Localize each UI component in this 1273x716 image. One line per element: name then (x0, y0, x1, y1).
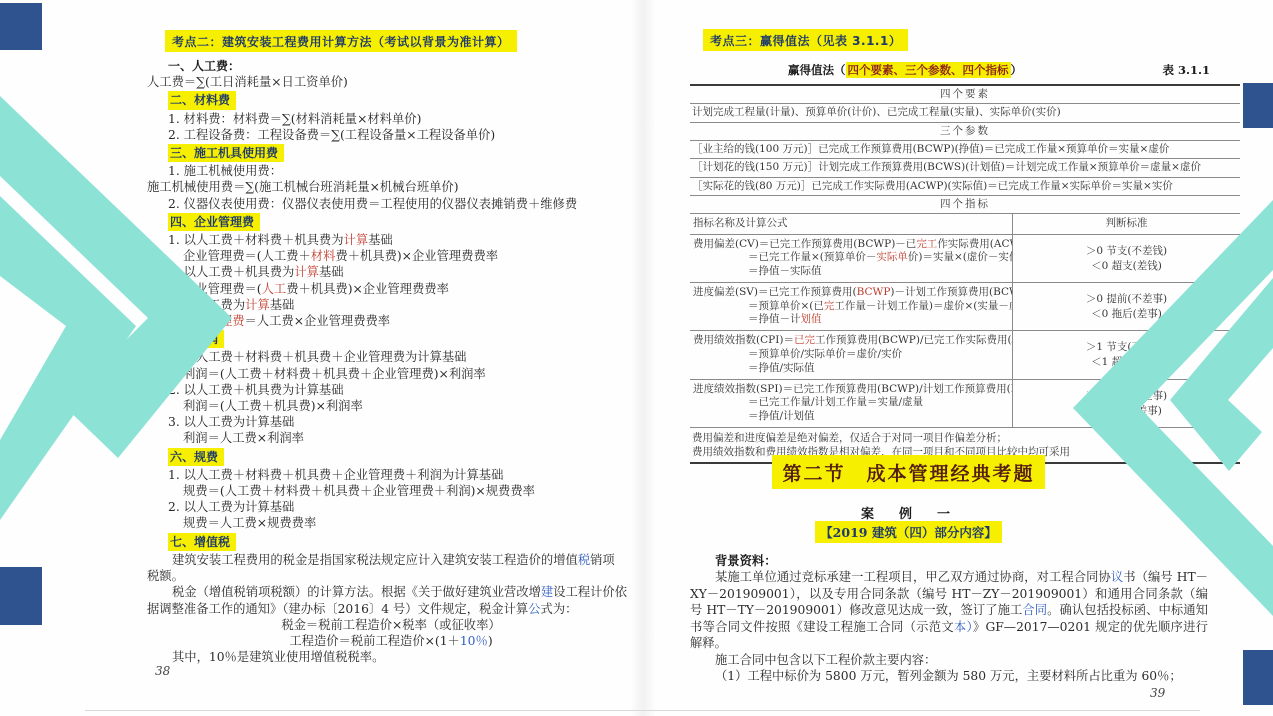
text-line: 税额。 (147, 568, 635, 584)
table-title-highlight: 四个要素、三个参数、四个指标 (846, 62, 1011, 78)
left-page-body: 一、人工费：人工费＝∑(工日消耗量×日工资单价)二、材料费1. 材料费：材料费＝… (147, 58, 635, 665)
text-run: ＝人工费×企业管理费费率 (245, 314, 391, 328)
section-heading-highlight: 二、材料费 (168, 91, 236, 109)
text-run: ＝预算单价/实际单价＝虚价/实价 (748, 348, 902, 360)
formula-line: ＝已完工作量/计划工作量＝实量/虚量 (693, 396, 1012, 410)
text-run: 计算 (294, 265, 319, 279)
indicator-formula-cell: 费用绩效指数(CPI)＝已完工作预算费用(BCWP)/已完工作实际费用(ACWP… (690, 331, 1013, 378)
case-paragraph: 某施工单位通过竞标承建一工程项目，甲乙双方通过协商，对工程合同协议书（编号 HT… (690, 569, 1208, 652)
table-section-header: 四个要素 (690, 86, 1240, 103)
text-line: 1. 施工机械使用费： (168, 163, 635, 179)
text-line: 3. 以人工费为计算基础 (168, 414, 635, 430)
text-run: 企业管理费＝(人工费＋ (183, 249, 311, 263)
text-run: 施工合同中包含以下工程价款主要内容： (715, 653, 936, 667)
text-line: 施工机械使用费＝∑(施工机械台班消耗量×机械台班单价) (147, 179, 635, 195)
text-run: 七、增值税 (170, 535, 230, 549)
text-run: 某施工单位通过竞标承建一工程项目，甲乙双方通过协商，对工程合同协 (715, 570, 1111, 584)
text-line: 规费＝人工费×规费费率 (183, 515, 635, 531)
text-run: 1. 施工机械使用费： (168, 164, 282, 178)
text-line: 规费＝(人工费＋材料费＋机具费＋企业管理费＋利润)×规费费率 (183, 483, 635, 499)
section-heading-highlight: 四、企业管理费 (168, 213, 260, 231)
text-run: 基础 (270, 298, 295, 312)
text-line: 3. 以人工费为计算基础 (168, 297, 635, 313)
text-run: （1）工程中标价为 5800 万元，暂列金额为 580 万元，主要材料所占比重为… (715, 669, 1182, 683)
formula-line: 进度绩效指数(SPI)＝已完工作预算费用(BCWP)/计划工作预算费用(BCWS… (693, 383, 1012, 397)
text-run: 施工机械使用费＝∑(施工机械台班消耗量×机械台班单价) (147, 180, 459, 194)
text-run: 利润＝(人工费＋机具费)×利润率 (183, 399, 363, 413)
table-row: ［业主给的钱(100 万元)］已完成工作预算费用(BCWP)(挣值)＝已完成工作… (690, 140, 1240, 159)
indicator-formula-cell: 进度绩效指数(SPI)＝已完工作预算费用(BCWP)/计划工作预算费用(BCWS… (690, 380, 1013, 427)
text-run: 人工费＝∑(工日消耗量×日工资单价) (147, 75, 348, 89)
indicator-row: 费用偏差(CV)＝已完工作预算费用(BCWP)－已完工作实际费用(ACWP)＝已… (690, 234, 1240, 282)
section-heading-highlight: 六、规费 (168, 448, 224, 466)
text-line: 其中，10％是建筑业使用增值税税率。 (147, 649, 635, 665)
section-heading-line: 五、利润 (168, 330, 635, 348)
formula-line: ＝挣值/实际值 (693, 362, 1012, 376)
section-heading-highlight: 七、增值税 (168, 533, 236, 551)
text-run: BCWP (857, 286, 891, 298)
topic-heading-left: 考点二：建筑安装工程费用计算方法（考试以背景为准计算） (165, 30, 517, 52)
text-run: 利润＝(人工费＋材料费＋机具费＋企业管理费)×利润率 (183, 367, 486, 381)
judge-line: ＜1 拖后(差事) (1091, 404, 1162, 418)
indicator-judge-cell: ＞0 节支(不差钱)＜0 超支(差钱) (1013, 235, 1240, 282)
text-line: 1. 以人工费＋材料费＋机具费为计算基础 (168, 232, 635, 248)
indicator-row: 进度偏差(SV)＝已完工作预算费用(BCWP)－计划工作预算费用(BCWS)＝预… (690, 282, 1240, 330)
text-run: 2. 以人工费为计算基础 (168, 500, 294, 514)
corner-square-left-bottom (0, 567, 42, 625)
case-paragraphs: 某施工单位通过竞标承建一工程项目，甲乙双方通过协商，对工程合同协议书（编号 HT… (690, 569, 1208, 685)
text-line: 2. 工程设备费：工程设备费＝∑(工程设备量×工程设备单价) (168, 127, 635, 143)
table-row: ［计划花的钱(150 万元)］计划完成工作预算费用(BCWS)(计划值)＝计划完… (690, 158, 1240, 177)
text-run: 工作预算费用(BCWP)/已完工作实际费用(ACWP) (815, 334, 1013, 346)
chevron-left-inner (0, 196, 136, 520)
formula-line: ＝已完工作量×(预算单价－实际单价)＝实量×(虚价－实价) (693, 251, 1012, 265)
text-run: 本） (954, 620, 973, 634)
text-run: 10％ (460, 634, 488, 648)
text-run: 基础 (368, 233, 393, 247)
text-line: 2. 仪器仪表使用费：仪器仪表使用费＝工程使用的仪器仪表摊销费＋维修费 (168, 196, 635, 212)
text-run: 设工程计价依 (553, 585, 627, 599)
table-title-text: 赢得值法（四个要素、三个参数、四个指标） (690, 62, 1120, 78)
topic-heading-right: 考点三：赢得值法（见表 3.1.1） (703, 29, 908, 51)
text-run: 工程造价＝税前工程造价×(1＋ (289, 634, 460, 648)
text-run: 1. 以人工费＋材料费＋机具费为 (168, 233, 344, 247)
judge-line: ＜0 超支(差钱) (1091, 259, 1162, 273)
text-run: 据调整准备工作的通知》（建办标〔2016〕4 号）文件规定，税金计算 (147, 602, 528, 616)
text-line: 2. 以人工费＋机具费为计算基础 (168, 264, 635, 280)
section-heading-line: 七、增值税 (168, 533, 635, 551)
text-run: 利润＝人工费×利润率 (183, 431, 304, 445)
indicator-row: 进度绩效指数(SPI)＝已完工作预算费用(BCWP)/计划工作预算费用(BCWS… (690, 379, 1240, 427)
text-run: 3. 以人工费为计算基础 (168, 415, 294, 429)
text-run: 3. 以人工费为 (168, 298, 245, 312)
text-run: 企业 (183, 314, 208, 328)
text-run: 2. 以人工费＋机具费为计算基础 (168, 383, 344, 397)
text-run: 实际单 (876, 251, 908, 263)
section-heading-line: 六、规费 (168, 448, 635, 466)
judge-line: ＜0 拖后(差事) (1091, 307, 1162, 321)
text-run: 已完 (794, 334, 815, 346)
table-column-header-row: 指标名称及计算公式判断标准 (690, 213, 1240, 234)
page-edge-line (85, 710, 1200, 711)
text-run: 三、施工机具使用费 (170, 146, 278, 160)
text-run: 2. 工程设备费：工程设备费＝∑(工程设备量×工程设备单价) (168, 128, 495, 142)
text-line: 利润＝人工费×利润率 (183, 430, 635, 446)
formula-line: 费用偏差(CV)＝已完工作预算费用(BCWP)－已完工作实际费用(ACWP) (693, 238, 1012, 252)
text-run: 完 (824, 300, 835, 312)
judge-line: ＞0 节支(不差钱) (1086, 244, 1167, 258)
text-run: 费用绩效指数(CPI)＝ (693, 334, 794, 346)
text-run: 五、利润 (170, 332, 218, 346)
indicator-judge-cell: ＞1 节支(不差钱)＜1 超支(差钱) (1013, 331, 1240, 378)
text-run: 计算 (344, 233, 369, 247)
text-run: 材料 (311, 249, 336, 263)
formula-line: ＝挣值/计划值 (693, 410, 1012, 424)
text-run: 管理费 (208, 314, 245, 328)
text-run: 费＋机具费)×企业管理费费率 (335, 249, 498, 263)
text-run: 二、材料费 (170, 93, 230, 107)
text-run: 企业管理费＝( (183, 282, 262, 296)
text-line: 利润＝(人工费＋机具费)×利润率 (183, 398, 635, 414)
corner-square-top-left (0, 3, 42, 50)
table-title-suffix: ） (1011, 63, 1023, 77)
text-run: 议 (1111, 570, 1123, 584)
formula-line: 进度偏差(SV)＝已完工作预算费用(BCWP)－计划工作预算费用(BCWS) (693, 286, 1012, 300)
table-ref: 表 3.1.1 (1162, 62, 1210, 78)
text-run: 2. 以人工费＋机具费为 (168, 265, 294, 279)
corner-square-top-right (1243, 83, 1273, 128)
column-header-judge: 判断标准 (1013, 214, 1240, 234)
text-run: 公 (528, 602, 540, 616)
text-run: 价)＝实量×(虚价－实价) (908, 251, 1013, 263)
text-run: 费＋机具费)×企业管理费费率 (286, 282, 449, 296)
indicator-judge-cell: ＞0 提前(不差事)＜0 拖后(差事) (1013, 283, 1240, 330)
text-run: 1. 以人工费＋材料费＋机具费＋企业管理费＋利润为计算基础 (168, 468, 503, 482)
text-run: 完工 (916, 238, 937, 250)
text-line: 1. 以人工费＋材料费＋机具费＋企业管理费＋利润为计算基础 (168, 467, 635, 483)
background-label: 背景资料： (690, 551, 777, 569)
text-run: 税 (578, 553, 590, 567)
text-run: 其中，10％是建筑业使用增值税税率。 (172, 650, 384, 664)
text-line: 建筑安装工程费用的税金是指国家税法规定应计入建筑安装工程造价的增值税销项 (147, 552, 635, 568)
text-line: 利润＝(人工费＋材料费＋机具费＋企业管理费)×利润率 (183, 366, 635, 382)
text-run: 建 (541, 585, 553, 599)
text-run: 工作量－计划工作量)＝虚价×(实量－虚量) (834, 300, 1013, 312)
text-line: 2. 以人工费＋机具费为计算基础 (168, 382, 635, 398)
text-line: 一、人工费： (168, 58, 635, 74)
table-row: ［实际花的钱(80 万元)］已完成工作实际费用(ACWP)(实际值)＝已完成工作… (690, 177, 1240, 196)
text-run: 基础 (319, 265, 344, 279)
text-line: 企业管理费＝(人工费＋机具费)×企业管理费费率 (183, 281, 635, 297)
column-header-formula: 指标名称及计算公式 (690, 214, 1013, 234)
case-paragraph: （1）工程中标价为 5800 万元，暂列金额为 580 万元，主要材料所占比重为… (690, 668, 1208, 685)
text-run: 计算 (245, 298, 270, 312)
section-heading-text: 第二节 成本管理经典考题 (772, 455, 1044, 489)
text-run: 人工 (262, 282, 287, 296)
text-run: ) (488, 634, 493, 648)
text-run: 费用偏差(CV)＝已完工作预算费用(BCWP)－已 (693, 238, 916, 250)
indicator-formula-cell: 进度偏差(SV)＝已完工作预算费用(BCWP)－计划工作预算费用(BCWS)＝预… (690, 283, 1013, 330)
indicator-row: 费用绩效指数(CPI)＝已完工作预算费用(BCWP)/已完工作实际费用(ACWP… (690, 330, 1240, 378)
table-section-header: 四个指标 (690, 195, 1240, 213)
text-run: 建筑安装工程费用的税金是指国家税法规定应计入建筑安装工程造价的增值 (172, 553, 578, 567)
text-run: ＝挣值－实际值 (748, 265, 822, 277)
text-run: )－计划工作预算费用(BCWS) (890, 286, 1013, 298)
text-line: 企业管理费＝人工费×企业管理费费率 (183, 313, 635, 329)
text-run: 合同 (1022, 603, 1047, 617)
formula-line: ＝预算单价/实际单价＝虚价/实价 (693, 348, 1012, 362)
text-run: 作实际费用(ACWP) (937, 238, 1013, 250)
section-heading: 第二节 成本管理经典考题 (690, 455, 1127, 489)
judge-line: ＞0 提前(不差事) (1086, 292, 1167, 306)
text-run: ＝挣值－计 (748, 313, 801, 325)
text-run: 六、规费 (170, 450, 218, 464)
corner-square-bottom-right (1243, 650, 1273, 705)
text-line: 2. 以人工费为计算基础 (168, 499, 635, 515)
text-line: 税金（增值税销项税额）的计算方法。根据《关于做好建筑业营改增建设工程计价依 (147, 584, 635, 600)
page-number-left: 38 (155, 664, 170, 678)
table-title-prefix: 赢得值法（ (788, 63, 846, 77)
case-paragraph: 施工合同中包含以下工程价款主要内容： (690, 652, 1208, 669)
case-source: 【2019 建筑（四）部分内容】 (690, 521, 1127, 543)
text-line: 1. 以人工费＋材料费＋机具费＋企业管理费为计算基础 (168, 349, 635, 365)
text-line: 1. 材料费：材料费＝∑(材料消耗量×材料单价) (168, 111, 635, 127)
text-run: ＝已完工作量×(预算单价－ (748, 251, 876, 263)
indicator-formula-cell: 费用偏差(CV)＝已完工作预算费用(BCWP)－已完工作实际费用(ACWP)＝已… (690, 235, 1013, 282)
text-line: 工程造价＝税前工程造价×(1＋10％) (147, 633, 635, 649)
section-heading-highlight: 五、利润 (168, 330, 224, 348)
text-run: 销项 (590, 553, 615, 567)
text-run: 划值 (801, 313, 822, 325)
indicator-judge-cell: ＞1 提前(不差事)＜1 拖后(差事) (1013, 380, 1240, 427)
text-line: 企业管理费＝(人工费＋材料费＋机具费)×企业管理费费率 (183, 248, 635, 264)
judge-line: ＞1 节支(不差钱) (1086, 340, 1167, 354)
earned-value-table: 四个要素计划完成工程量(计量)、预算单价(计价)、已完成工程量(实量)、实际单价… (690, 84, 1240, 464)
table-section-header: 三个参数 (690, 122, 1240, 140)
text-run: 2. 仪器仪表使用费：仪器仪表使用费＝工程使用的仪器仪表摊销费＋维修费 (168, 197, 577, 211)
text-run: ＝挣值/计划值 (748, 410, 815, 422)
formula-line: ＝预算单价×(已完工作量－计划工作量)＝虚价×(实量－虚量) (693, 300, 1012, 314)
page-number-right: 39 (1150, 686, 1165, 700)
case-label: 案 例 一 (690, 503, 1127, 522)
book-spread: 考点二：建筑安装工程费用计算方法（考试以背景为准计算） 一、人工费：人工费＝∑(… (0, 0, 1273, 716)
formula-line: ＝挣值－计划值 (693, 313, 1012, 327)
text-run: 税额。 (147, 569, 184, 583)
formula-line: ＝挣值－实际值 (693, 265, 1012, 279)
formula-line: 费用绩效指数(CPI)＝已完工作预算费用(BCWP)/已完工作实际费用(ACWP… (693, 334, 1012, 348)
text-run: ＝预算单价×(已 (748, 300, 824, 312)
text-run: 规费＝(人工费＋材料费＋机具费＋企业管理费＋利润)×规费费率 (183, 484, 535, 498)
text-run: 式为： (541, 602, 578, 616)
text-run: 四、企业管理费 (170, 215, 254, 229)
text-run: 一、人工费： (168, 59, 240, 73)
text-line: 人工费＝∑(工日消耗量×日工资单价) (147, 74, 635, 90)
section-heading-line: 二、材料费 (168, 91, 635, 109)
text-run: 进度偏差(SV)＝已完工作预算费用( (693, 286, 857, 298)
section-heading-highlight: 三、施工机具使用费 (168, 144, 284, 162)
text-run: 1. 以人工费＋材料费＋机具费＋企业管理费为计算基础 (168, 350, 466, 364)
text-run: 进度绩效指数(SPI)＝已完工作预算费用(BCWP)/计划工作预算费用(BCWS… (693, 383, 1013, 395)
text-run: 1. 材料费：材料费＝∑(材料消耗量×材料单价) (168, 112, 421, 126)
section-heading-line: 三、施工机具使用费 (168, 144, 635, 162)
table-row: 计划完成工程量(计量)、预算单价(计价)、已完成工程量(实量)、实际单价(实价) (690, 103, 1240, 122)
text-run: 税金＝税前工程造价×税率（或征收率） (281, 618, 500, 632)
text-run: 规费＝人工费×规费费率 (183, 516, 316, 530)
text-run: ＝挣值/实际值 (748, 362, 815, 374)
text-line: 据调整准备工作的通知》（建办标〔2016〕4 号）文件规定，税金计算公式为： (147, 601, 635, 617)
table-title: 赢得值法（四个要素、三个参数、四个指标） 表 3.1.1 (690, 62, 1240, 80)
text-run: 税金（增值税销项税额）的计算方法。根据《关于做好建筑业营改增 (172, 585, 541, 599)
note-line: 费用偏差和进度偏差是绝对偏差，仅适合于对同一项目作偏差分析； (692, 431, 1238, 445)
judge-line: ＜1 超支(差钱) (1091, 355, 1162, 369)
text-line: 税金＝税前工程造价×税率（或征收率） (147, 617, 635, 633)
judge-line: ＞1 提前(不差事) (1086, 389, 1167, 403)
text-run: ＝已完工作量/计划工作量＝实量/虚量 (748, 396, 923, 408)
case-source-text: 【2019 建筑（四）部分内容】 (815, 521, 1002, 543)
section-heading-line: 四、企业管理费 (168, 213, 635, 231)
